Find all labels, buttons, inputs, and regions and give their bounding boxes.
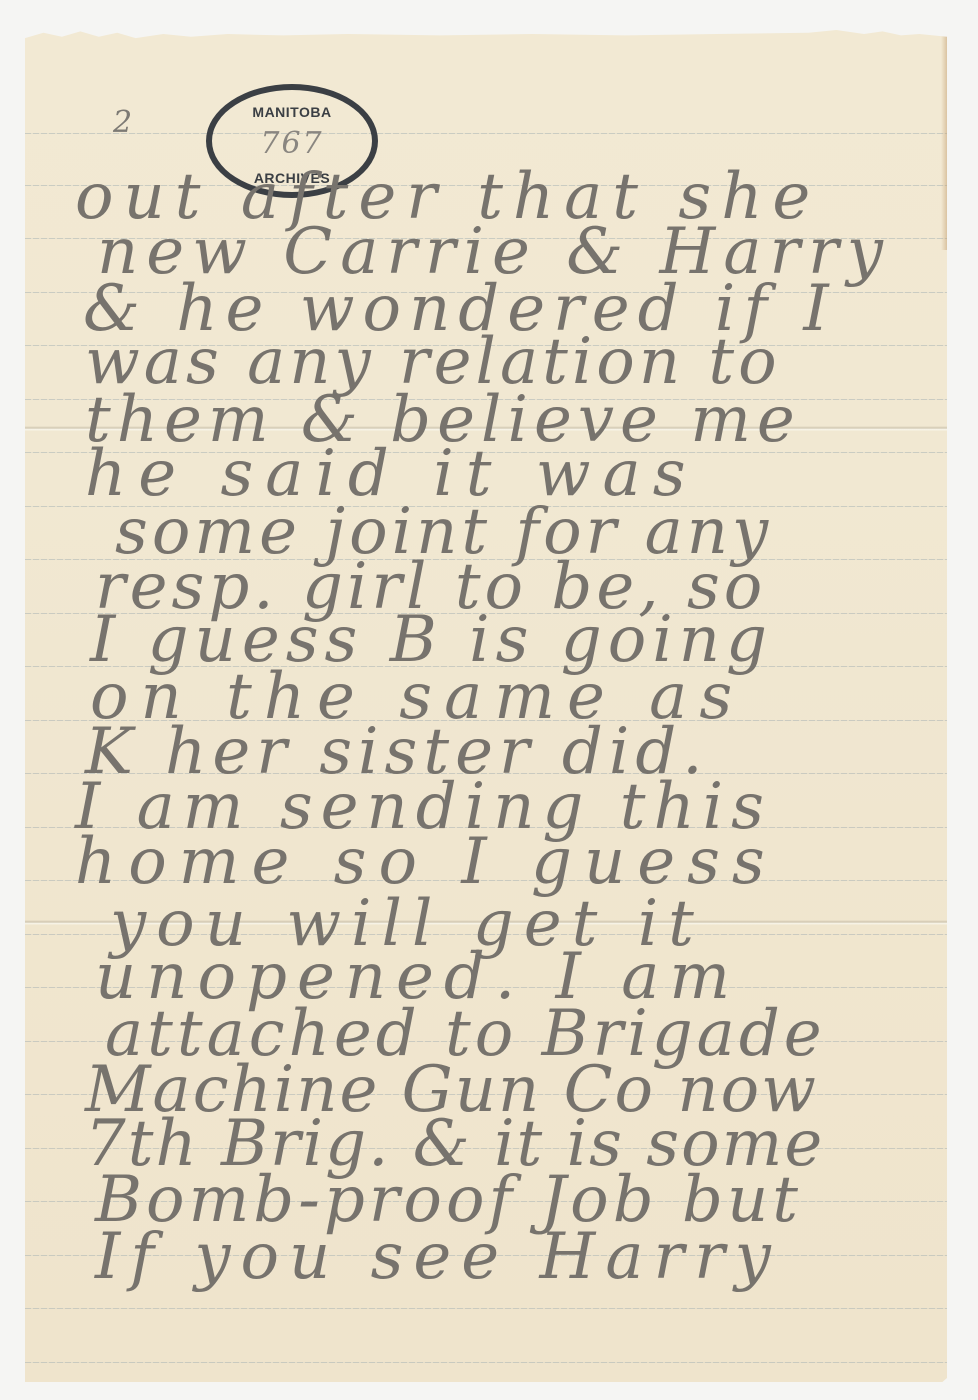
stamp-accession-number: 767 bbox=[212, 126, 372, 161]
handwritten-line: If you see Harry bbox=[95, 1225, 781, 1289]
page-number: 2 bbox=[113, 105, 132, 140]
handwritten-line: home so I guess bbox=[75, 830, 777, 894]
scanned-letter-page: 2 MANITOBA 767 ARCHIVES out after that s… bbox=[0, 0, 978, 1400]
ruled-line bbox=[25, 1308, 947, 1309]
ruled-line bbox=[25, 133, 947, 134]
stamp-top-text: MANITOBA bbox=[212, 104, 372, 120]
ruled-line bbox=[25, 1362, 947, 1363]
letter-paper: 2 MANITOBA 767 ARCHIVES out after that s… bbox=[25, 30, 947, 1382]
